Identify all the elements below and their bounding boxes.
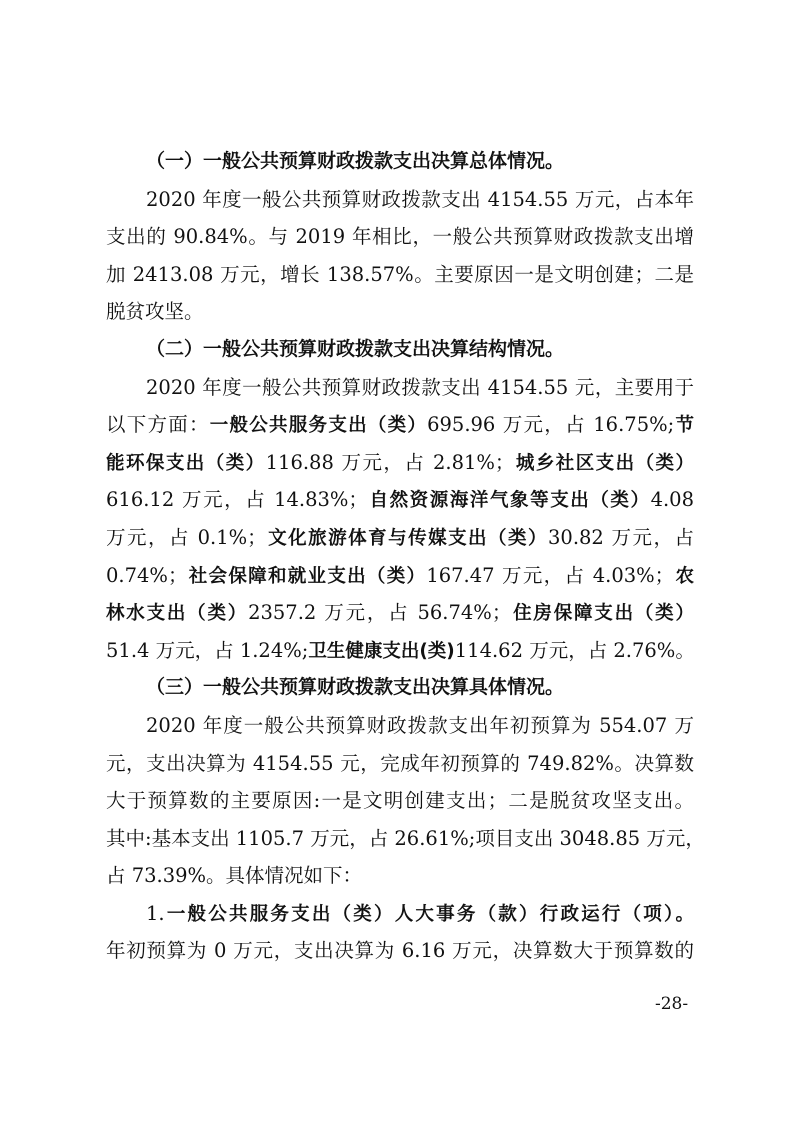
category-label: 城乡社区支出（类） [514,453,694,474]
category-label: 社会保障和就业支出（类） [187,566,426,587]
paragraph-line: 616.12 万元，占 14.83%；自然资源海洋气象等支出（类）4.08 [106,481,694,519]
category-label: 节 [674,415,694,436]
page-number: -28- [655,994,688,1014]
category-label: 卫生健康支出(类) [308,641,454,662]
paragraph-line: 林水支出（类）2357.2 万元，占 56.74%；住房保障支出（类） [106,594,694,632]
section-heading-1: （一）一般公共预算财政拨款支出决算总体情况。 [106,143,694,181]
text: 4.08 [651,488,694,511]
text: 万元，占 0.1%； [106,526,267,549]
text: 2357.2 万元，占 56.74%； [248,601,511,624]
text: 0.74%； [106,564,187,587]
document-page: （一）一般公共预算财政拨款支出决算总体情况。 2020 年度一般公共预算财政拨款… [106,143,694,970]
paragraph-line: 支出的 90.84%。与 2019 年相比，一般公共预算财政拨款支出增 [106,218,694,256]
paragraph-line: 加 2413.08 万元，增长 138.57%。主要原因一是文明创建；二是 [106,256,694,294]
text: 30.82 万元，占 [548,526,694,549]
category-label: 农 [674,566,694,587]
item-title: 一般公共服务支出（类）人大事务（款）行政运行（项）。 [165,904,694,925]
text: 695.96 万元，占 16.75%; [427,413,674,436]
paragraph-line: 年初预算为 0 万元，支出决算为 6.16 万元，决算数大于预算数的 [106,932,694,970]
paragraph-line: 其中:基本支出 1105.7 万元，占 26.61%;项目支出 3048.85 … [106,820,694,858]
category-label: 文化旅游体育与传媒支出（类） [267,528,548,549]
text: 51.4 万元，占 1.24%; [106,639,308,662]
paragraph-line: 万元，占 0.1%；文化旅游体育与传媒支出（类）30.82 万元，占 [106,519,694,557]
category-label: 住房保障支出（类） [511,603,694,624]
text: 116.88 万元，占 2.81%； [266,451,515,474]
paragraph-line: 能环保支出（类）116.88 万元，占 2.81%；城乡社区支出（类） [106,444,694,482]
paragraph-line: 脱贫攻坚。 [106,293,694,331]
paragraph-line: 大于预算数的主要原因:一是文明创建支出；二是脱贫攻坚支出。 [106,782,694,820]
paragraph-line: 2020 年度一般公共预算财政拨款支出 4154.55 万元，占本年 [106,181,694,219]
paragraph-line: 2020 年度一般公共预算财政拨款支出 4154.55 元，主要用于 [106,369,694,407]
paragraph-line: 2020 年度一般公共预算财政拨款支出年初预算为 554.07 万 [106,707,694,745]
section-heading-3: （三）一般公共预算财政拨款支出决算具体情况。 [106,669,694,707]
item-number: 1. [146,902,165,925]
category-label: 一般公共服务支出（类） [210,415,427,436]
paragraph-line: 以下方面：一般公共服务支出（类）695.96 万元，占 16.75%;节 [106,406,694,444]
section-heading-2: （二）一般公共预算财政拨款支出决算结构情况。 [106,331,694,369]
category-label: 自然资源海洋气象等支出（类） [368,490,651,511]
text: 114.62 万元，占 2.76%。 [455,639,695,662]
paragraph-line: 0.74%；社会保障和就业支出（类）167.47 万元，占 4.03%；农 [106,557,694,595]
text: 616.12 万元，占 14.83%； [106,488,368,511]
category-label: 能环保支出（类） [106,453,266,474]
paragraph-line: 元，支出决算为 4154.55 元，完成年初预算的 749.82%。决算数 [106,745,694,783]
text: 167.47 万元，占 4.03%； [426,564,674,587]
paragraph-line: 51.4 万元，占 1.24%;卫生健康支出(类)114.62 万元，占 2.7… [106,632,694,670]
text: 以下方面： [106,413,210,436]
paragraph-line: 占 73.39%。具体情况如下： [106,857,694,895]
subsection-title: 1.一般公共服务支出（类）人大事务（款）行政运行（项）。 [106,895,694,933]
category-label: 林水支出（类） [106,603,248,624]
